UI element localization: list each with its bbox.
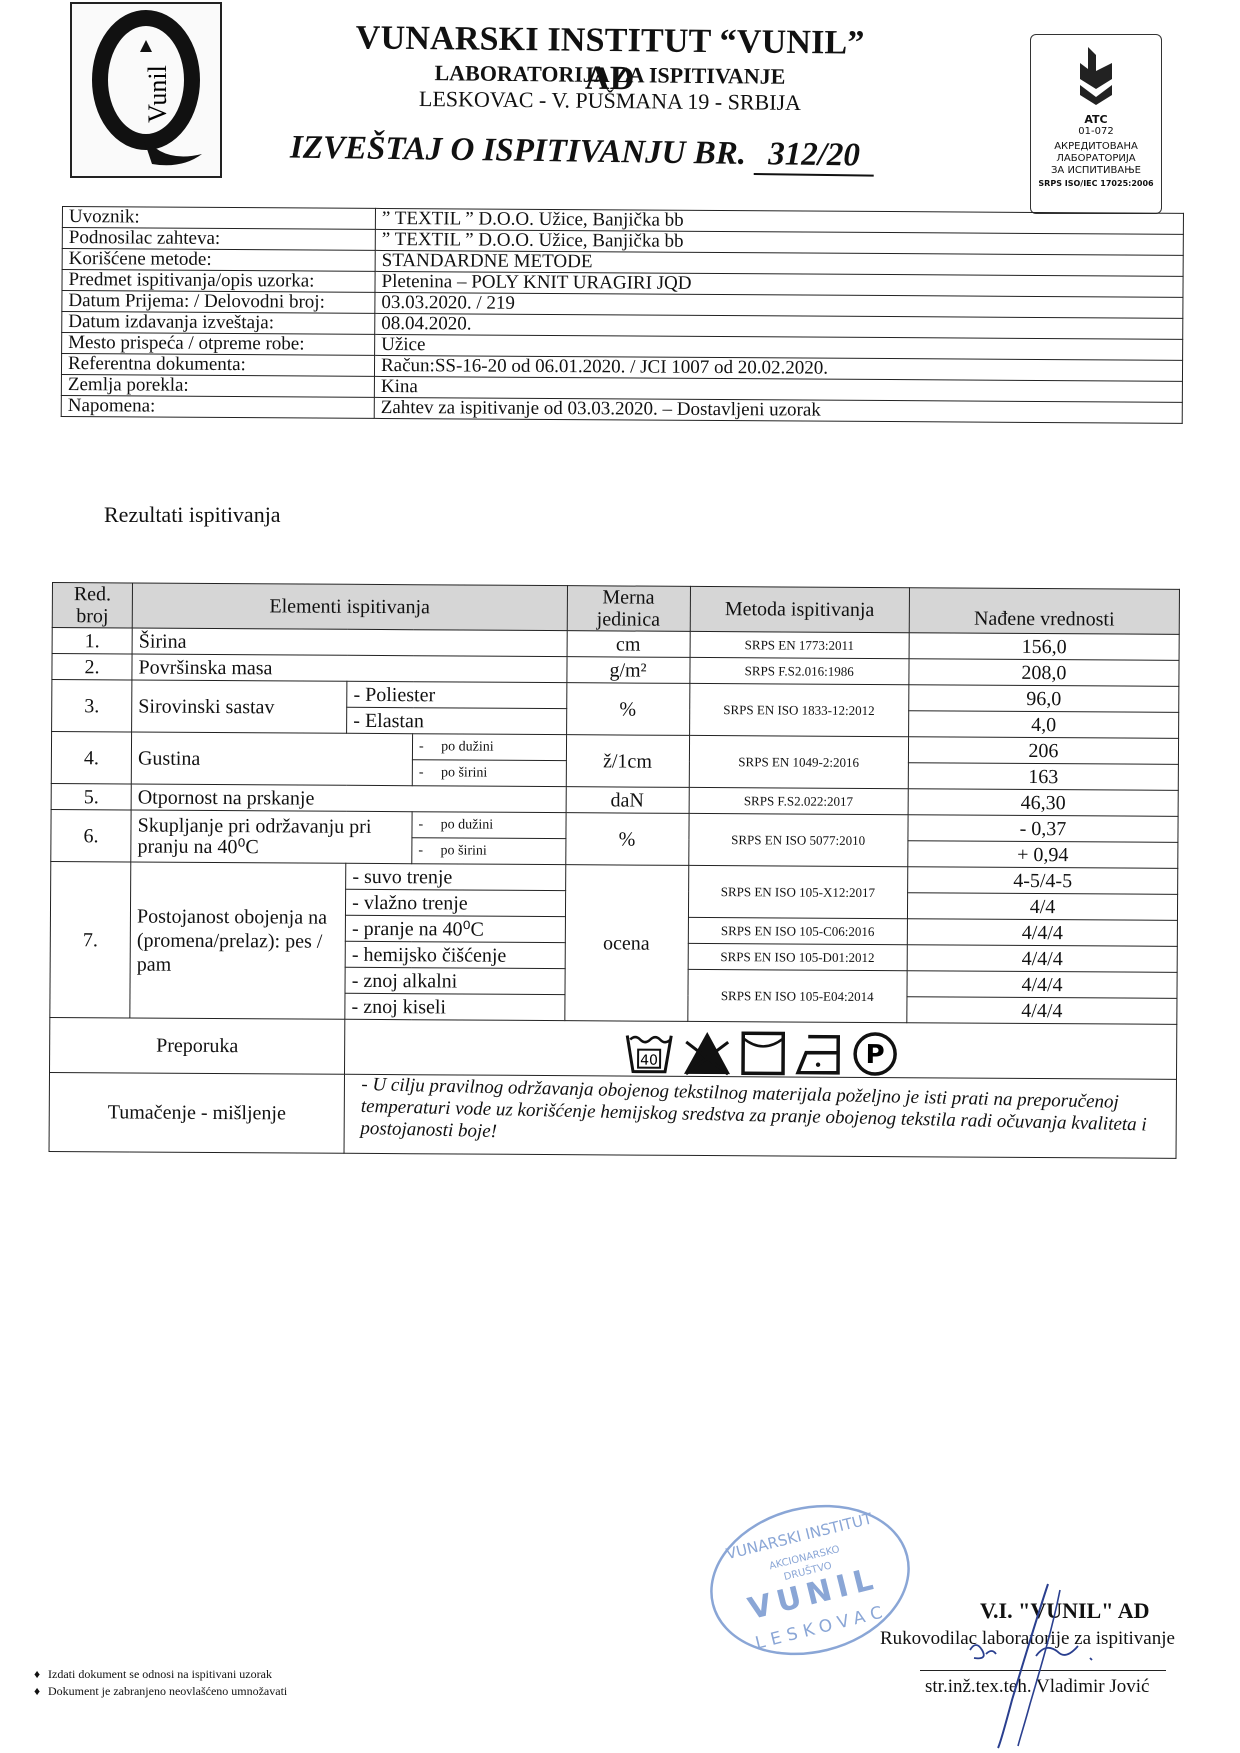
table-header-row: Red. broj Elementi ispitivanja Merna jed…	[52, 583, 1179, 635]
report-prefix: IZVEŠTAJ O ISPITIVANJU BR.	[290, 130, 746, 172]
table-row: 3. Sirovinski sastav - Poliester % SRPS …	[52, 680, 1179, 713]
accreditation-line1: АКРЕДИТОВАНА	[1031, 141, 1161, 153]
table-row: 7. Postojanost obojenja na (promena/prel…	[51, 861, 1178, 894]
col-method: Metoda ispitivanja	[690, 586, 910, 632]
accreditation-line3: ЗА ИСПИТИВАЊЕ	[1031, 165, 1161, 177]
info-label: Datum izdavanja izveštaja:	[62, 312, 375, 335]
info-label: Datum Prijema: / Delovodni broj:	[62, 291, 375, 314]
report-title: IZVEŠTAJ O ISPITIVANJU BR. 312/20	[290, 130, 930, 178]
col-element: Elementi ispitivanja	[132, 583, 567, 631]
col-unit: Merna jedinica	[567, 586, 690, 632]
recommendation-label: Preporuka	[50, 1017, 346, 1074]
svg-text:Vunil: Vunil	[143, 65, 172, 123]
results-title: Rezultati ispitivanja	[104, 502, 281, 528]
col-no: Red. broj	[52, 583, 132, 628]
footnote-item: ♦Dokument je zabranjeno neovlašćeno umno…	[34, 1683, 287, 1700]
opinion-text: - U cilju pravilnog održavanja obojenog …	[350, 1068, 1170, 1165]
report-number: 312/20	[754, 136, 874, 177]
info-label: Korišćene metode:	[62, 249, 375, 272]
no-bleach-icon	[682, 1030, 732, 1076]
atc-logo-icon	[1074, 45, 1118, 107]
col-value: Nađene vrednosti	[909, 588, 1179, 635]
accreditation-number: 01-072	[1031, 126, 1161, 137]
handwritten-signature	[940, 1580, 1130, 1750]
info-label: Napomena:	[61, 395, 374, 418]
opinion-cell: - U cilju pravilnog održavanja obojenog …	[344, 1074, 1176, 1158]
accreditation-code: ATC	[1031, 113, 1161, 126]
opinion-row: Tumačenje - mišljenje - U cilju pravilno…	[49, 1072, 1176, 1158]
svg-text:40: 40	[640, 1053, 658, 1069]
table-row: 4. Gustina - po dužini ž/1cm SRPS EN 104…	[51, 732, 1178, 765]
info-label: Zemlja porekla:	[61, 374, 374, 397]
sample-info-table: Uvoznik:” TEXTIL ” D.O.O. Užice, Banjičk…	[61, 206, 1184, 424]
info-label: Uvoznik:	[62, 207, 375, 230]
accreditation-line2: ЛАБОРАТОРИЈА	[1031, 153, 1161, 165]
table-row: 6. Skupljanje pri održavanju pri pranju …	[51, 809, 1178, 842]
info-value: Zahtev za ispitivanje od 03.03.2020. – D…	[374, 397, 1182, 423]
recommendation-row: Preporuka 40	[50, 1017, 1177, 1079]
accreditation-badge: ATC 01-072 АКРЕДИТОВАНА ЛАБОРАТОРИЈА ЗА …	[1030, 34, 1162, 214]
footnotes: ♦Izdati dokument se odnosi na ispitivani…	[34, 1666, 287, 1700]
dry-clean-p-icon: P	[852, 1031, 898, 1077]
accreditation-standard: SRPS ISO/IEC 17025:2006	[1031, 179, 1161, 188]
institute-address: LESKOVAC - V. PUŠMANA 19 - SRBIJA	[330, 85, 890, 117]
results-table: Red. broj Elementi ispitivanja Merna jed…	[49, 582, 1180, 1159]
footnote-item: ♦Izdati dokument se odnosi na ispitivani…	[34, 1666, 287, 1683]
svg-text:P: P	[865, 1040, 884, 1070]
vunil-logo: Vunil	[70, 2, 222, 178]
info-label: Mesto prispeća / otpreme robe:	[62, 333, 375, 356]
info-label: Predmet ispitivanja/opis uzorka:	[62, 270, 375, 293]
wash-40-icon: 40	[624, 1030, 674, 1076]
opinion-label: Tumačenje - mišljenje	[49, 1072, 345, 1153]
info-label: Referentna dokumenta:	[61, 354, 374, 377]
iron-low-icon	[794, 1031, 844, 1077]
tumble-dry-icon	[740, 1030, 786, 1076]
info-label: Podnosilac zahteva:	[62, 228, 375, 251]
q-logo-icon: Vunil	[72, 4, 220, 176]
